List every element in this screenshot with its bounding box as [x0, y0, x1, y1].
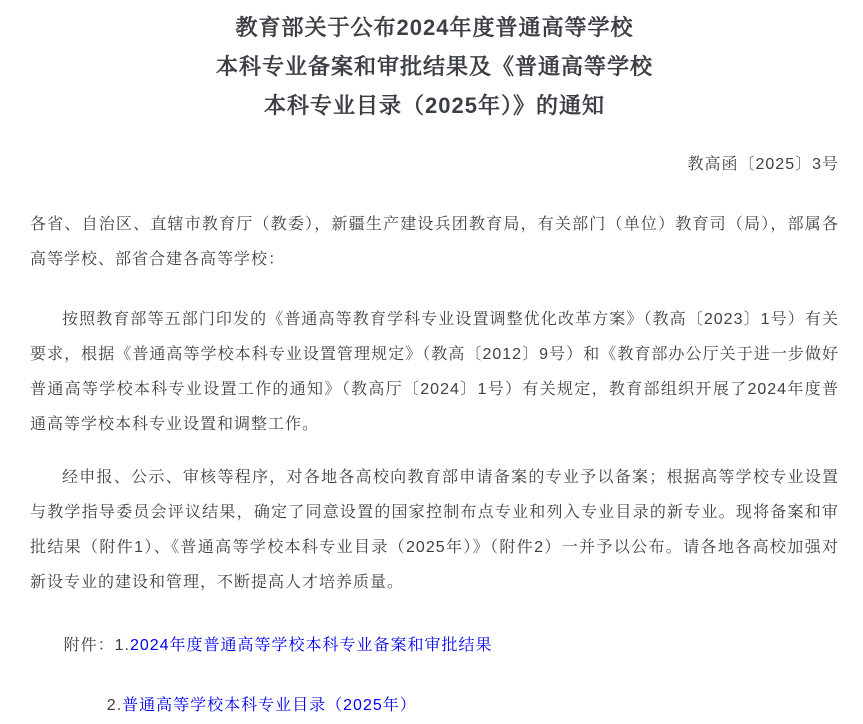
attachment-number-2: 2. [107, 697, 122, 714]
paragraph-addressees: 各省、自治区、直辖市教育厅（教委），新疆生产建设兵团教育局，有关部门（单位）教育… [30, 207, 839, 277]
paragraph-body-2: 经申报、公示、审核等程序，对各地各高校向教育部申请备案的专业予以备案；根据高等学… [30, 460, 839, 600]
attachment-link-2[interactable]: 普通高等学校本科专业目录（2025年） [122, 697, 417, 714]
attachment-number-1: 1. [115, 637, 130, 654]
notice-document: 教育部关于公布2024年度普通高等学校 本科专业备案和审批结果及《普通高等学校 … [0, 0, 863, 724]
doc-title-line-1: 教育部关于公布2024年度普通高等学校 [30, 8, 839, 47]
paragraph-body-1: 按照教育部等五部门印发的《普通高等教育学科专业设置调整优化改革方案》（教高〔20… [30, 302, 839, 442]
doc-title-line-2: 本科专业备案和审批结果及《普通高等学校 [30, 47, 839, 86]
doc-title: 教育部关于公布2024年度普通高等学校 本科专业备案和审批结果及《普通高等学校 … [30, 8, 839, 125]
doc-title-line-3: 本科专业目录（2025年）》的通知 [30, 86, 839, 125]
attachment-label: 附件： [64, 637, 115, 654]
doc-number: 教高函〔2025〕3号 [30, 147, 839, 182]
attachment-line-2: 2.普通高等学校本科专业目录（2025年） [30, 688, 839, 723]
attachment-line-1: 附件：1.2024年度普通高等学校本科专业备案和审批结果 [30, 628, 839, 663]
attachment-link-1[interactable]: 2024年度普通高等学校本科专业备案和审批结果 [130, 637, 493, 654]
